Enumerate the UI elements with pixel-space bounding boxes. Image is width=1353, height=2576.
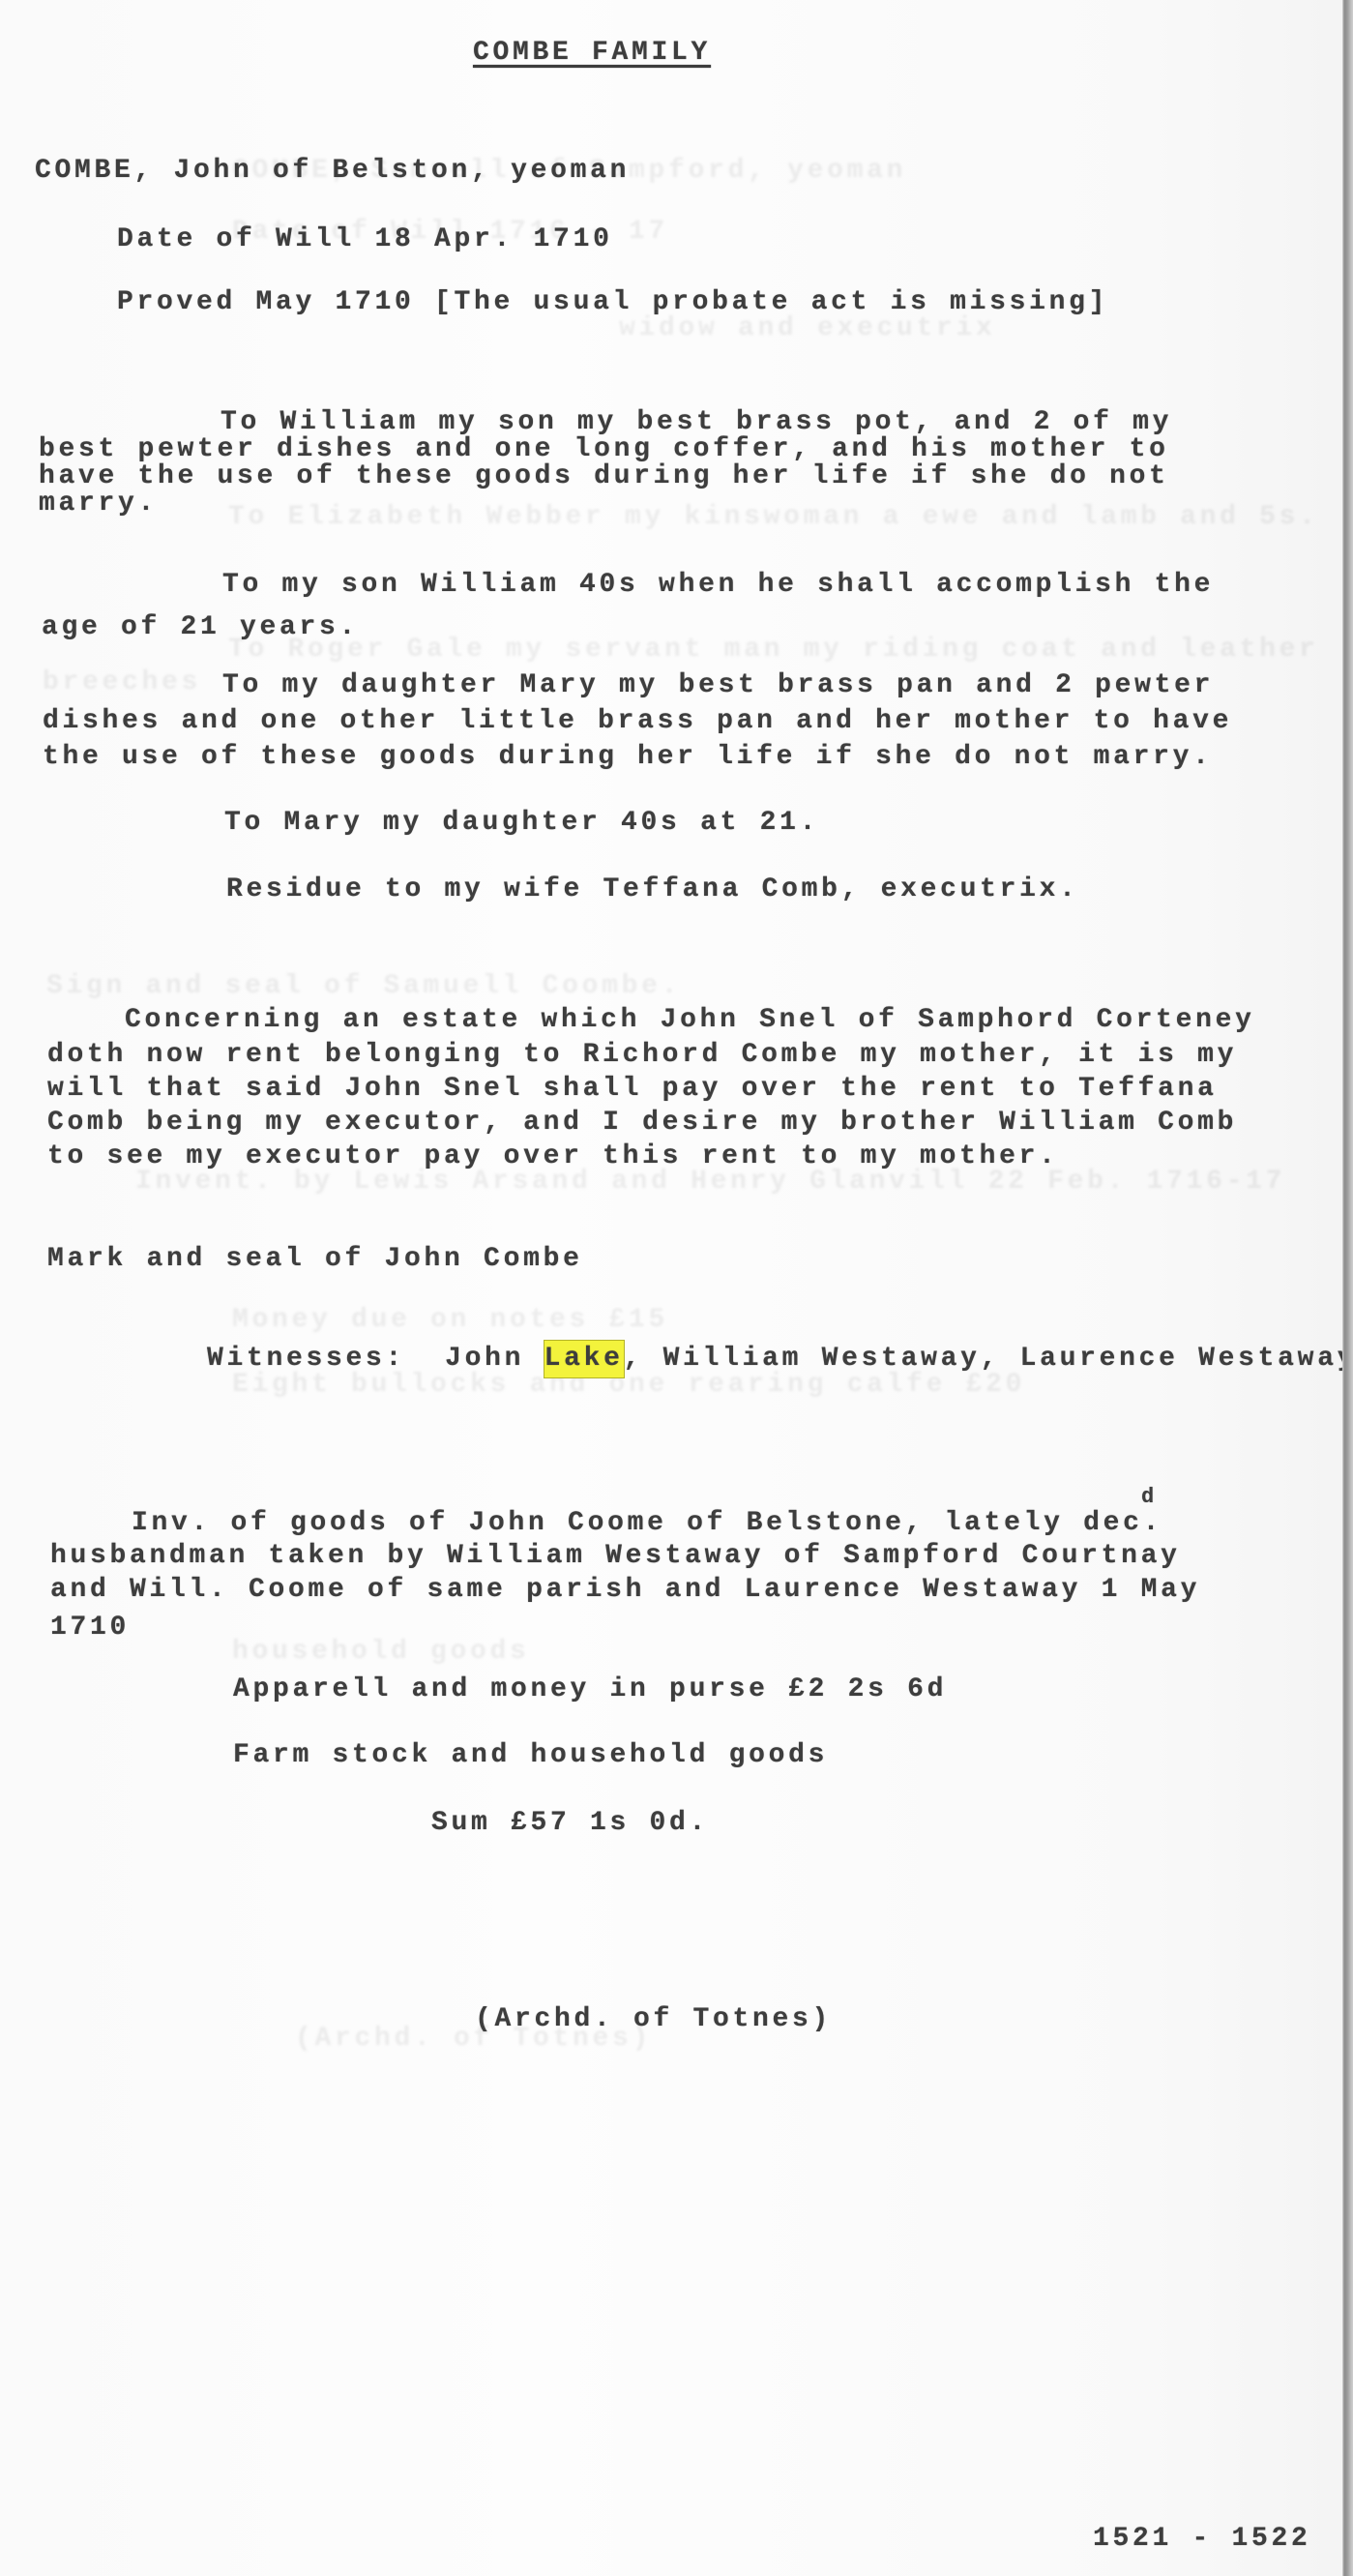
bleed-through-line: household goods	[232, 1639, 530, 1666]
page-edge-shadow	[1342, 0, 1353, 2576]
witness-names-rest: , William Westaway, Laurence Westaway.	[624, 1344, 1353, 1374]
inventory-text-line: husbandman taken by William Westaway of …	[50, 1543, 1181, 1570]
highlighted-text[interactable]: Lake	[544, 1341, 624, 1377]
document-page: COMBE, Samuell of Sampford, yeoman Date …	[0, 0, 1353, 2576]
page-numbers: 1521 - 1522	[1093, 2526, 1311, 2553]
will-text-line: Comb being my executor, and I desire my …	[47, 1110, 1237, 1137]
testator-line: COMBE, John of Belston, yeoman	[35, 158, 630, 185]
will-text-line: To William my son my best brass pot, and…	[221, 409, 1172, 436]
page-title: COMBE FAMILY	[473, 40, 711, 67]
bleed-through-line: breeches	[43, 669, 201, 696]
will-text-line: have the use of these goods during her l…	[39, 463, 1169, 490]
probate-note: Proved May 1710 [The usual probate act i…	[117, 289, 1108, 316]
bleed-through-line: To Elizabeth Webber my kinswoman a ewe a…	[228, 504, 1319, 531]
witness-name: John	[445, 1344, 544, 1374]
inventory-text-line: Inv. of goods of John Coome of Belstone,…	[132, 1510, 1162, 1537]
bleed-through-line: widow and executrix	[619, 315, 996, 342]
will-text-line: to see my executor pay over this rent to…	[47, 1143, 1059, 1170]
inventory-sum: Sum £57 1s 0d.	[431, 1810, 709, 1837]
will-text-line: doth now rent belonging to Richord Combe…	[47, 1042, 1237, 1069]
bleed-through-line: Invent. by Lewis Arsand and Henry Glanvi…	[135, 1169, 1285, 1196]
will-text-line: To Mary my daughter 40s at 21.	[224, 810, 819, 837]
will-text-line: To my son William 40s when he shall acco…	[222, 572, 1214, 599]
will-text-line: marry.	[39, 490, 158, 518]
inventory-item: Farm stock and household goods	[233, 1742, 828, 1769]
bleed-through-line: To Roger Gale my servant man my riding c…	[228, 637, 1319, 664]
superscript-d: d	[1141, 1487, 1154, 1508]
will-text-line: Concerning an estate which John Snel of …	[125, 1007, 1255, 1034]
will-text-line: To my daughter Mary my best brass pan an…	[222, 672, 1214, 699]
inventory-text-line: and Will. Coome of same parish and Laure…	[50, 1577, 1200, 1604]
will-text-line: the use of these goods during her life i…	[43, 744, 1213, 771]
inventory-item: Apparell and money in purse £2 2s 6d	[233, 1676, 947, 1703]
inventory-text-line: 1710	[50, 1614, 130, 1642]
will-text-line: best pewter dishes and one long coffer, …	[39, 436, 1169, 463]
court-note: (Archd. of Totnes)	[475, 2006, 832, 2033]
will-date: Date of Will 18 Apr. 1710	[117, 226, 613, 253]
witnesses-spacer	[405, 1344, 445, 1374]
signature-line: Mark and seal of John Combe	[47, 1246, 583, 1273]
witnesses-line: Witnesses: John Lake, William Westaway, …	[128, 1318, 1353, 1400]
bleed-through-line: Sign and seal of Samuell Coombe.	[46, 973, 681, 1000]
will-text-line: age of 21 years.	[42, 614, 359, 641]
will-text-line: Residue to my wife Teffana Comb, executr…	[226, 876, 1079, 903]
witnesses-label: Witnesses:	[207, 1344, 405, 1374]
will-text-line: dishes and one other little brass pan an…	[43, 708, 1232, 735]
will-text-line: will that said John Snel shall pay over …	[47, 1076, 1218, 1103]
